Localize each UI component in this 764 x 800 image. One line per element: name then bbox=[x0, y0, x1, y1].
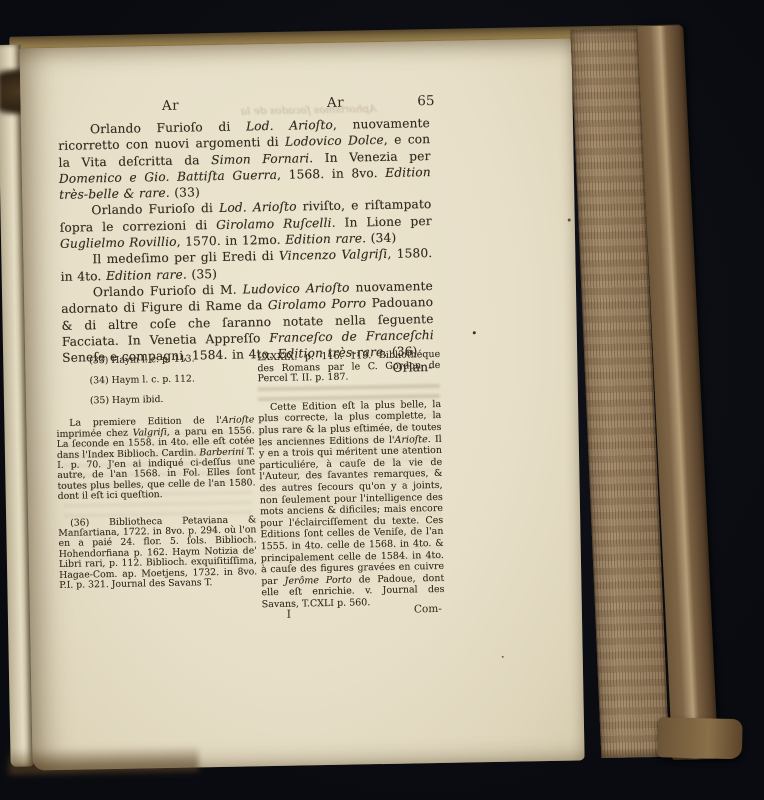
running-title-left: Ar bbox=[148, 97, 192, 114]
running-title-right: Ar bbox=[313, 94, 357, 111]
ink-speck bbox=[473, 331, 476, 334]
main-paragraph-2: Orlando Furioſo di Lod. Arioſto riviſto,… bbox=[59, 197, 432, 253]
ink-speck bbox=[502, 656, 504, 658]
footnote-35: (35) Haym ibid. bbox=[56, 393, 254, 407]
footnotes-left-column: (33) Haym l. c. p. 113. (34) Haym l. c. … bbox=[55, 353, 257, 591]
main-paragraph-1: Orlando Furioſo di Lod. Arioſto, nuovame… bbox=[58, 115, 431, 203]
footnote-33: (33) Haym l. c. p. 113. bbox=[55, 353, 253, 367]
footnote-36: (36) Bibliotheca Petaviana & Manſartiana… bbox=[58, 515, 257, 591]
footnotes-right-column: LXXXIX. p. 116. 113. Bibliothéque des Ro… bbox=[257, 350, 445, 611]
footnote-continuation-gordon: LXXXIX. p. 116. 113. Bibliothéque des Ro… bbox=[257, 350, 441, 385]
catchword-bottom: Com- bbox=[364, 603, 442, 616]
page-number: 65 bbox=[392, 93, 434, 110]
footnote-note-premiere-edition: La premiere Edition de l'Arioſte imprimé… bbox=[56, 416, 255, 503]
book-photo: Aphorismos ſacados de la Ar Ar 65 Orland… bbox=[0, 0, 764, 800]
signature-mark: I bbox=[274, 607, 304, 621]
main-text-block: Orlando Furioſo di Lod. Arioſto, nuovame… bbox=[58, 115, 435, 383]
page-content: Aphorismos ſacados de la Ar Ar 65 Orland… bbox=[0, 0, 764, 800]
footnote-cette-edition: Cette Edition eſt la plus belle, la plus… bbox=[258, 399, 445, 611]
footnote-34: (34) Haym l. c. p. 112. bbox=[56, 373, 254, 387]
ink-speck bbox=[568, 219, 571, 222]
photo-background: Aphorismos ſacados de la Ar Ar 65 Orland… bbox=[0, 0, 764, 800]
